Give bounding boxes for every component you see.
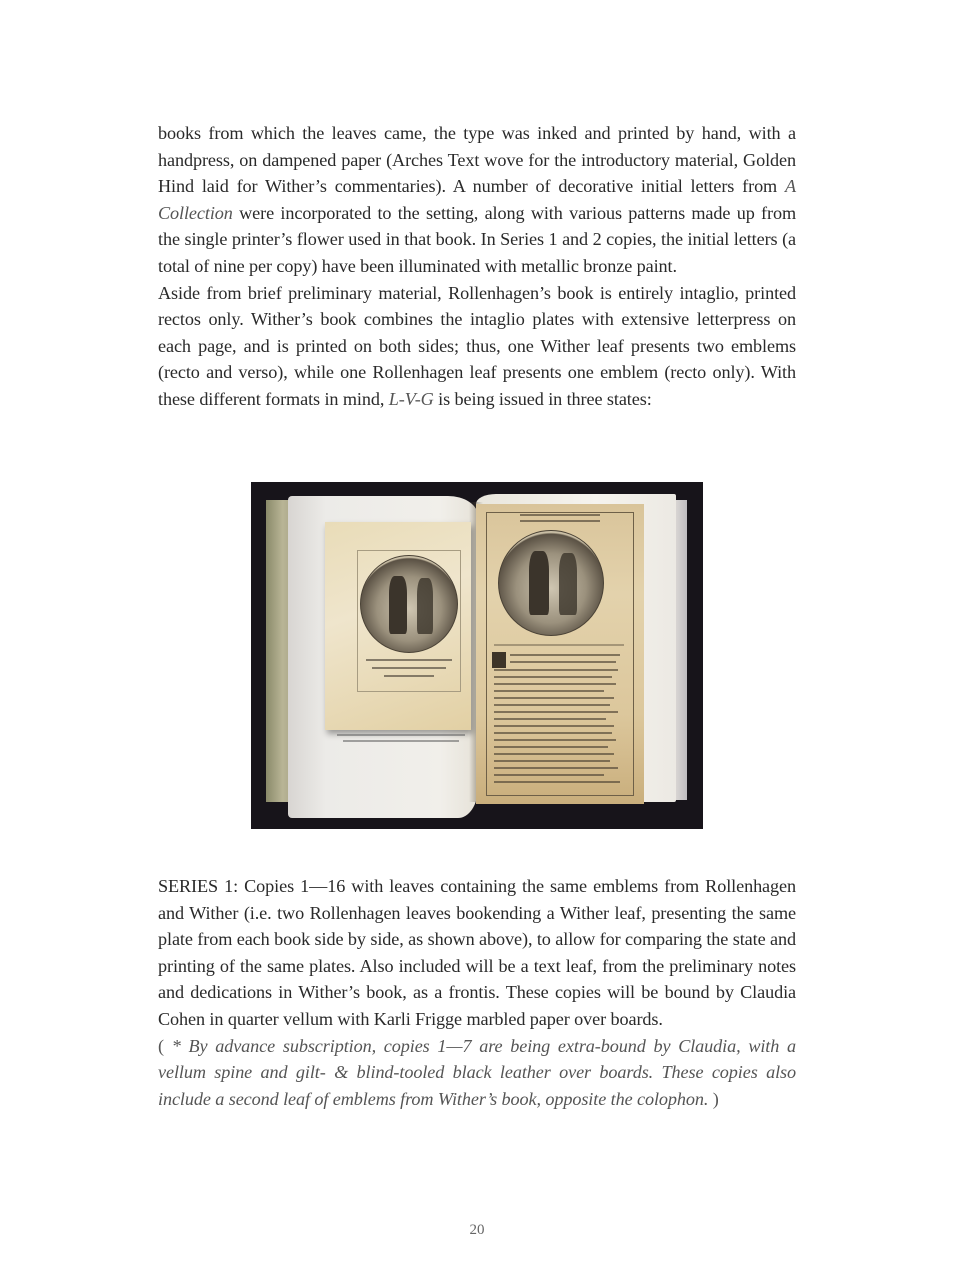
motto-line bbox=[372, 667, 446, 669]
photo-inner-caption-line bbox=[343, 740, 459, 742]
rollenhagen-leaf bbox=[325, 522, 471, 730]
text-line bbox=[494, 767, 618, 769]
text-line bbox=[494, 676, 612, 678]
text-line bbox=[494, 704, 610, 706]
emblem-engraving-icon bbox=[360, 555, 458, 653]
wither-leaf bbox=[476, 504, 644, 804]
paragraph-printing-method: books from which the leaves came, the ty… bbox=[158, 120, 796, 280]
text-line bbox=[510, 661, 616, 663]
text-line bbox=[494, 690, 604, 692]
text-line bbox=[494, 781, 620, 783]
photo-inner-caption-line bbox=[337, 734, 465, 736]
text-line bbox=[494, 732, 612, 734]
text-line bbox=[494, 683, 616, 685]
goddess-figure-icon bbox=[559, 553, 577, 615]
motto-line bbox=[366, 659, 452, 661]
text-run: is being issued in three states: bbox=[434, 389, 652, 409]
rule-line bbox=[494, 644, 624, 646]
open-book-photo bbox=[251, 482, 703, 829]
heading-text-line bbox=[520, 520, 600, 522]
text-line bbox=[494, 697, 614, 699]
motto-line bbox=[384, 675, 434, 677]
paragraph-formats: Aside from brief preliminary material, R… bbox=[158, 280, 796, 413]
emblem-engraving-icon bbox=[498, 530, 604, 636]
text-line bbox=[510, 654, 620, 656]
text-line bbox=[494, 746, 608, 748]
text-line bbox=[494, 711, 618, 713]
text-run: were incorporated to the setting, along … bbox=[158, 203, 796, 276]
warrior-figure-icon bbox=[389, 576, 407, 634]
text-line bbox=[494, 739, 616, 741]
warrior-figure-icon bbox=[529, 551, 549, 615]
text-line bbox=[494, 669, 618, 671]
text-line bbox=[494, 753, 614, 755]
heading-text-line bbox=[520, 514, 600, 516]
italic-note-text: * By advance subscription, copies 1—7 ar… bbox=[158, 1036, 796, 1109]
paragraph-subscription-note: ( * By advance subscription, copies 1—7 … bbox=[158, 1033, 796, 1113]
text-line bbox=[494, 725, 614, 727]
text-line bbox=[494, 774, 604, 776]
text-line bbox=[494, 718, 606, 720]
document-page: books from which the leaves came, the ty… bbox=[0, 0, 954, 1276]
text-block-series: SERIES 1: Copies 1—16 with leaves contai… bbox=[158, 873, 796, 1112]
text-block-intro: books from which the leaves came, the ty… bbox=[158, 120, 796, 413]
emblem-plate bbox=[357, 550, 461, 692]
paren-open: ( bbox=[158, 1036, 172, 1056]
decorative-initial-icon bbox=[492, 652, 506, 668]
paragraph-series-1: SERIES 1: Copies 1—16 with leaves contai… bbox=[158, 873, 796, 1033]
text-run: books from which the leaves came, the ty… bbox=[158, 123, 796, 196]
paren-close: ) bbox=[708, 1089, 718, 1109]
italic-title-lvg: L-V-G bbox=[389, 389, 434, 409]
goddess-figure-icon bbox=[417, 578, 433, 634]
page-number: 20 bbox=[0, 1222, 954, 1239]
text-line bbox=[494, 760, 610, 762]
